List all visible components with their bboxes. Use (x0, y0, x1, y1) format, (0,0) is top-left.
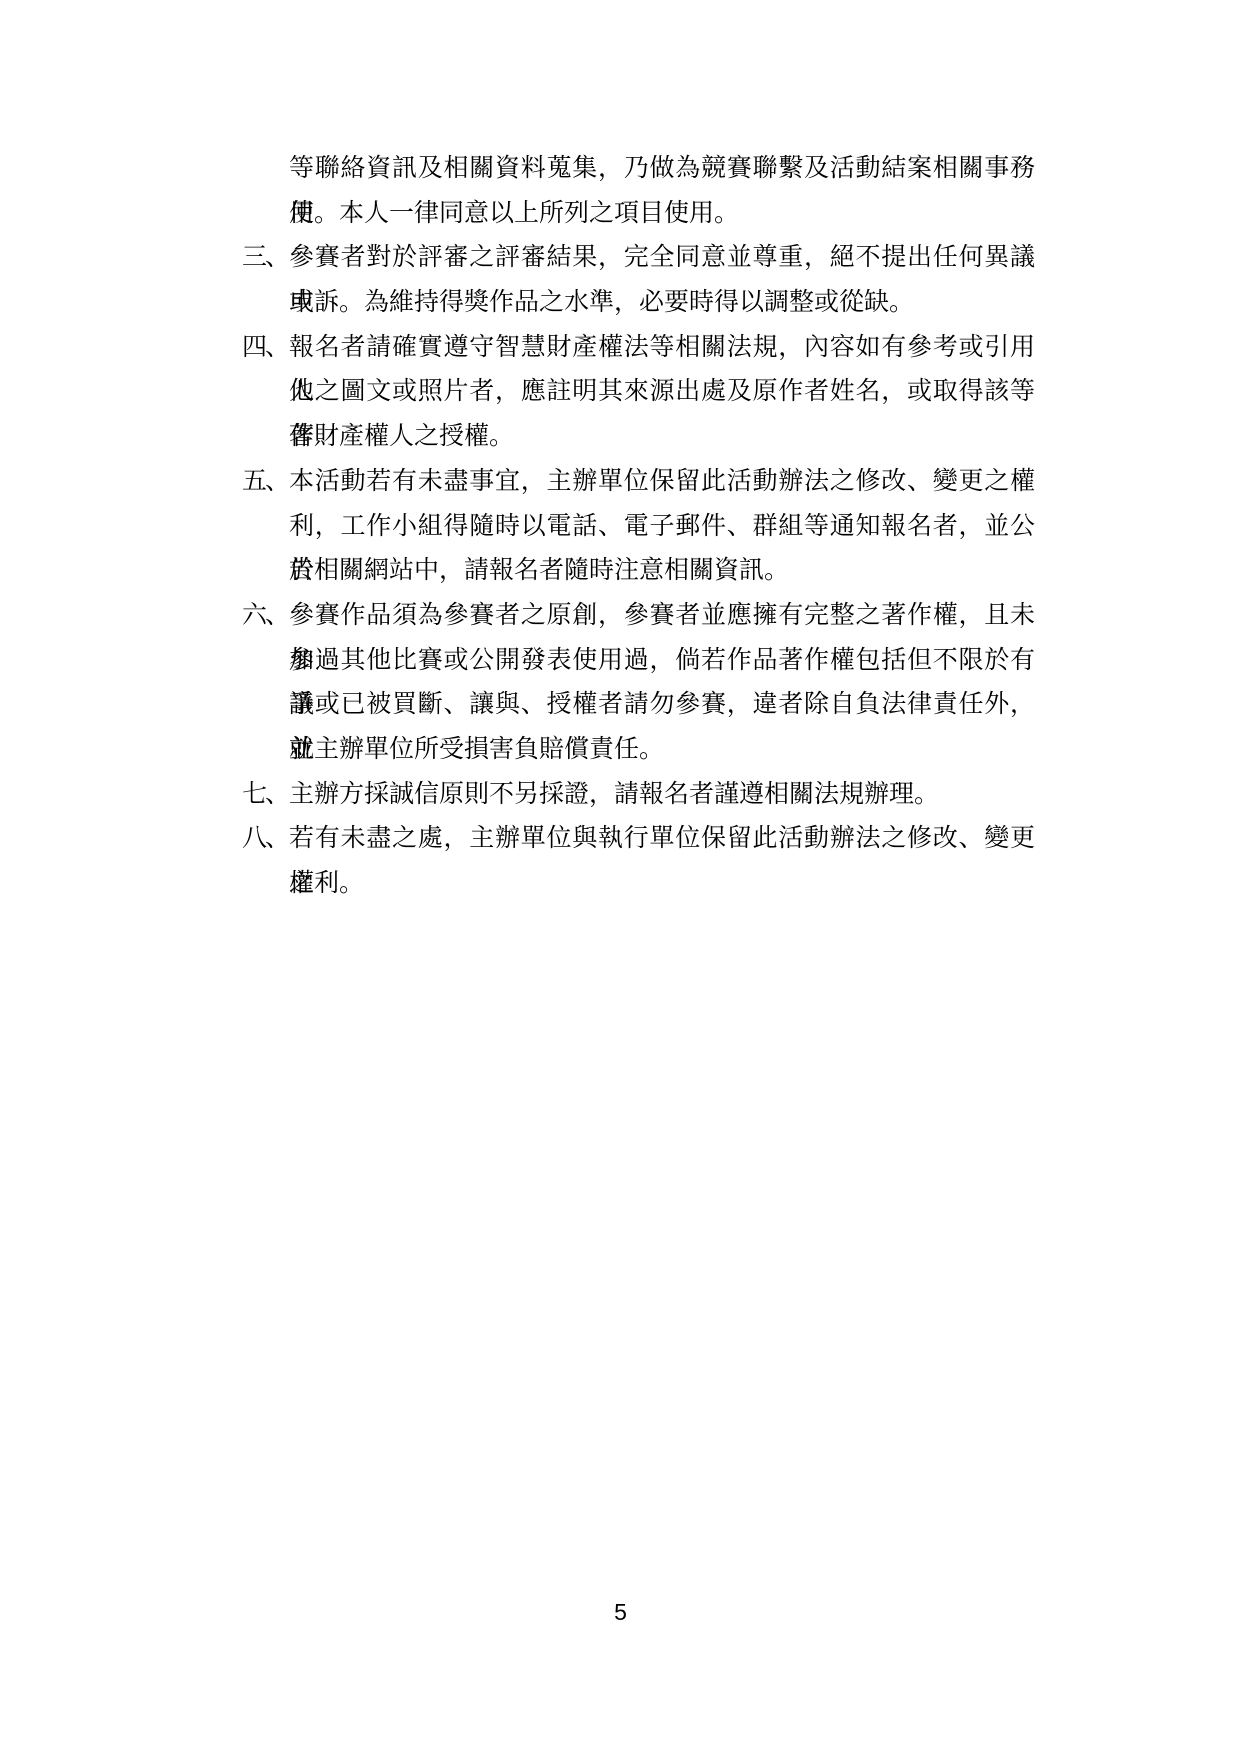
document-line: 等聯絡資訊及相關資料蒐集，乃做為競賽聯繫及活動結案相關事務使 (242, 146, 1035, 191)
line-text: 參賽作品須為參賽者之原創，參賽者並應擁有完整之著作權，且未參 (289, 593, 1035, 638)
line-text: 於相關網站中，請報名者隨時注意相關資訊。 (289, 548, 1035, 593)
line-text: 申訴。為維持得獎作品之水準，必要時得以調整或從缺。 (289, 280, 1035, 325)
line-text: 就主辦單位所受損害負賠償責任。 (289, 727, 1035, 772)
document-line: 五、本活動若有未盡事宜，主辦單位保留此活動辦法之修改、變更之權 (242, 459, 1035, 504)
line-text: 權利。 (289, 861, 1035, 906)
list-item-number: 三、 (242, 235, 289, 280)
document-line: 七、主辦方採誠信原則不另採證，請報名者謹遵相關法規辦理。 (242, 772, 1035, 817)
list-item-number (242, 369, 289, 414)
document-line: 申訴。為維持得獎作品之水準，必要時得以調整或從缺。 (242, 280, 1035, 325)
page-number: 5 (0, 1598, 1241, 1626)
list-item-number: 六、 (242, 593, 289, 638)
line-text: 加過其他比賽或公開發表使用過，倘若作品著作權包括但不限於有爭 (289, 638, 1035, 683)
line-text: 等聯絡資訊及相關資料蒐集，乃做為競賽聯繫及活動結案相關事務使 (289, 146, 1035, 191)
list-item-number: 八、 (242, 816, 289, 861)
line-text: 報名者請確實遵守智慧財產權法等相關法規，內容如有參考或引用他 (289, 325, 1035, 370)
list-item-number: 五、 (242, 459, 289, 504)
line-text: 人之圖文或照片者，應註明其來源出處及原作者姓名，或取得該等著 (289, 369, 1035, 414)
line-text: 主辦方採誠信原則不另採證，請報名者謹遵相關法規辦理。 (289, 772, 1035, 817)
line-text: 若有未盡之處，主辦單位與執行單位保留此活動辦法之修改、變更之 (289, 816, 1035, 861)
document-line: 三、參賽者對於評審之評審結果，完全同意並尊重，絕不提出任何異議或 (242, 235, 1035, 280)
list-item-number (242, 548, 289, 593)
document-body: 等聯絡資訊及相關資料蒐集，乃做為競賽聯繫及活動結案相關事務使用。本人一律同意以上… (242, 146, 1035, 906)
document-line: 於相關網站中，請報名者隨時注意相關資訊。 (242, 548, 1035, 593)
line-text: 利，工作小組得隨時以電話、電子郵件、群組等通知報名者，並公告 (289, 504, 1035, 549)
document-line: 四、報名者請確實遵守智慧財產權法等相關法規，內容如有參考或引用他 (242, 325, 1035, 370)
list-item-number (242, 638, 289, 683)
document-line: 作財產權人之授權。 (242, 414, 1035, 459)
list-item-number (242, 861, 289, 906)
document-line: 六、參賽作品須為參賽者之原創，參賽者並應擁有完整之著作權，且未參 (242, 593, 1035, 638)
list-item-number (242, 727, 289, 772)
line-text: 議或已被買斷、讓與、授權者請勿參賽，違者除自負法律責任外，並 (289, 682, 1035, 727)
document-line: 加過其他比賽或公開發表使用過，倘若作品著作權包括但不限於有爭 (242, 638, 1035, 683)
document-page: 等聯絡資訊及相關資料蒐集，乃做為競賽聯繫及活動結案相關事務使用。本人一律同意以上… (0, 0, 1241, 1755)
document-line: 權利。 (242, 861, 1035, 906)
list-item-number (242, 146, 289, 191)
document-line: 就主辦單位所受損害負賠償責任。 (242, 727, 1035, 772)
document-line: 人之圖文或照片者，應註明其來源出處及原作者姓名，或取得該等著 (242, 369, 1035, 414)
line-text: 本活動若有未盡事宜，主辦單位保留此活動辦法之修改、變更之權 (289, 459, 1035, 504)
list-item-number (242, 280, 289, 325)
list-item-number: 四、 (242, 325, 289, 370)
document-line: 用。本人一律同意以上所列之項目使用。 (242, 191, 1035, 236)
line-text: 參賽者對於評審之評審結果，完全同意並尊重，絕不提出任何異議或 (289, 235, 1035, 280)
document-line: 八、若有未盡之處，主辦單位與執行單位保留此活動辦法之修改、變更之 (242, 816, 1035, 861)
list-item-number (242, 682, 289, 727)
list-item-number (242, 191, 289, 236)
list-item-number (242, 414, 289, 459)
document-line: 利，工作小組得隨時以電話、電子郵件、群組等通知報名者，並公告 (242, 504, 1035, 549)
list-item-number: 七、 (242, 772, 289, 817)
document-line: 議或已被買斷、讓與、授權者請勿參賽，違者除自負法律責任外，並 (242, 682, 1035, 727)
line-text: 用。本人一律同意以上所列之項目使用。 (289, 191, 1035, 236)
line-text: 作財產權人之授權。 (289, 414, 1035, 459)
list-item-number (242, 504, 289, 549)
